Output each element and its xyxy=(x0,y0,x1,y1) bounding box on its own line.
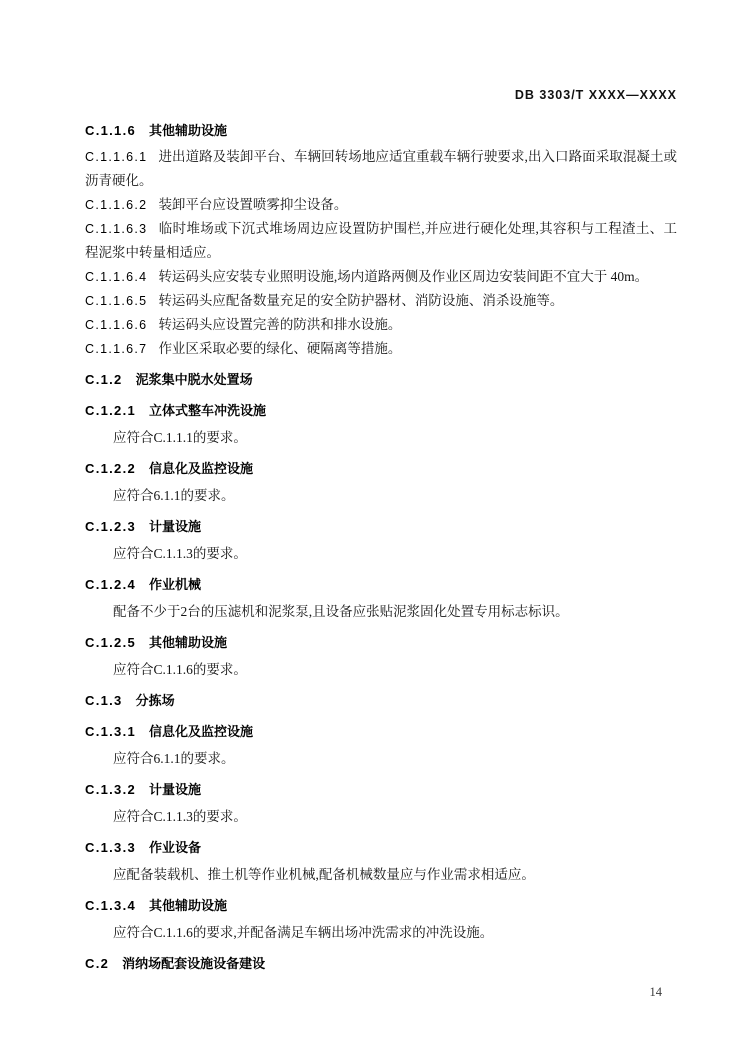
clause-body-text: 应符合6.1.1的要求。 xyxy=(113,751,235,766)
clause-paragraph: 应符合C.1.1.3的要求。 xyxy=(85,804,677,829)
clause-number: C.1.1.6.1 xyxy=(85,150,147,164)
clause-body-text: 应符合C.1.1.3的要求。 xyxy=(113,546,247,561)
clause-number: C.1.1.6.3 xyxy=(85,222,147,236)
clause-number: C.1.1.6.7 xyxy=(85,342,147,356)
clause-number: C.1.2.4 xyxy=(85,577,136,592)
clause-title: 作业设备 xyxy=(149,840,201,855)
clause-heading: C.1.3分拣场 xyxy=(85,688,677,713)
clause-body-text: 装卸平台应设置喷雾抑尘设备。 xyxy=(158,197,347,212)
clause-body-text: 进出道路及装卸平台、车辆回转场地应适宜重载车辆行驶要求,出入口路面采取混凝土或沥… xyxy=(85,149,677,188)
clause-title: 计量设施 xyxy=(149,519,201,534)
document-body: C.1.1.6其他辅助设施C.1.1.6.1进出道路及装卸平台、车辆回转场地应适… xyxy=(85,112,677,978)
clause-number: C.1.2.3 xyxy=(85,519,136,534)
clause-paragraph: 应符合C.1.1.6的要求,并配备满足车辆出场冲洗需求的冲洗设施。 xyxy=(85,920,677,945)
clause-paragraph: C.1.1.6.6转运码头应设置完善的防洪和排水设施。 xyxy=(85,313,677,337)
clause-heading: C.1.2.5其他辅助设施 xyxy=(85,630,677,655)
clause-number: C.1.3.3 xyxy=(85,840,136,855)
clause-number: C.2 xyxy=(85,956,109,971)
clause-title: 计量设施 xyxy=(149,782,201,797)
clause-number: C.1.3.4 xyxy=(85,898,136,913)
clause-title: 立体式整车冲洗设施 xyxy=(149,403,266,418)
clause-heading: C.1.2泥浆集中脱水处置场 xyxy=(85,367,677,392)
clause-number: C.1.3 xyxy=(85,693,123,708)
clause-paragraph: 应配备装载机、推土机等作业机械,配备机械数量应与作业需求相适应。 xyxy=(85,862,677,887)
clause-paragraph: C.1.1.6.4转运码头应安装专业照明设施,场内道路两侧及作业区周边安装间距不… xyxy=(85,265,677,289)
clause-title: 其他辅助设施 xyxy=(149,898,227,913)
clause-body-text: 转运码头应设置完善的防洪和排水设施。 xyxy=(158,317,401,332)
clause-body-text: 应符合C.1.1.3的要求。 xyxy=(113,809,247,824)
clause-paragraph: C.1.1.6.5转运码头应配备数量充足的安全防护器材、消防设施、消杀设施等。 xyxy=(85,289,677,313)
clause-body-text: 临时堆场或下沉式堆场周边应设置防护围栏,并应进行硬化处理,其容积与工程渣土、工程… xyxy=(85,221,677,260)
clause-heading: C.2消纳场配套设施设备建设 xyxy=(85,951,677,976)
clause-heading: C.1.2.2信息化及监控设施 xyxy=(85,456,677,481)
clause-paragraph: 应符合6.1.1的要求。 xyxy=(85,746,677,771)
clause-body-text: 应符合C.1.1.6的要求。 xyxy=(113,662,247,677)
document-page: DB 3303/T XXXX—XXXX C.1.1.6其他辅助设施C.1.1.6… xyxy=(0,0,744,1052)
clause-heading: C.1.1.6其他辅助设施 xyxy=(85,118,677,143)
clause-body-text: 转运码头应配备数量充足的安全防护器材、消防设施、消杀设施等。 xyxy=(158,293,563,308)
clause-number: C.1.2.5 xyxy=(85,635,136,650)
clause-paragraph: 应符合6.1.1的要求。 xyxy=(85,483,677,508)
clause-paragraph: 应符合C.1.1.3的要求。 xyxy=(85,541,677,566)
clause-body-text: 作业区采取必要的绿化、硬隔离等措施。 xyxy=(158,341,401,356)
clause-body-text: 应配备装载机、推土机等作业机械,配备机械数量应与作业需求相适应。 xyxy=(113,867,535,882)
clause-title: 信息化及监控设施 xyxy=(149,724,253,739)
page-number: 14 xyxy=(650,985,663,1000)
clause-title: 其他辅助设施 xyxy=(149,635,227,650)
clause-title: 信息化及监控设施 xyxy=(149,461,253,476)
clause-title: 其他辅助设施 xyxy=(149,123,227,138)
clause-number: C.1.3.2 xyxy=(85,782,136,797)
clause-paragraph: C.1.1.6.7作业区采取必要的绿化、硬隔离等措施。 xyxy=(85,337,677,361)
clause-number: C.1.2.1 xyxy=(85,403,136,418)
clause-title: 作业机械 xyxy=(149,577,201,592)
clause-heading: C.1.3.1信息化及监控设施 xyxy=(85,719,677,744)
clause-heading: C.1.2.4作业机械 xyxy=(85,572,677,597)
clause-paragraph: 配备不少于2台的压滤机和泥浆泵,且设备应张贴泥浆固化处置专用标志标识。 xyxy=(85,599,677,624)
clause-number: C.1.3.1 xyxy=(85,724,136,739)
clause-paragraph: C.1.1.6.2装卸平台应设置喷雾抑尘设备。 xyxy=(85,193,677,217)
clause-paragraph: C.1.1.6.3临时堆场或下沉式堆场周边应设置防护围栏,并应进行硬化处理,其容… xyxy=(85,217,677,265)
clause-paragraph: C.1.1.6.1进出道路及装卸平台、车辆回转场地应适宜重载车辆行驶要求,出入口… xyxy=(85,145,677,193)
clause-number: C.1.2 xyxy=(85,372,123,387)
clause-body-text: 应符合C.1.1.1的要求。 xyxy=(113,430,247,445)
clause-body-text: 配备不少于2台的压滤机和泥浆泵,且设备应张贴泥浆固化处置专用标志标识。 xyxy=(113,604,569,619)
clause-paragraph: 应符合C.1.1.6的要求。 xyxy=(85,657,677,682)
clause-number: C.1.1.6.5 xyxy=(85,294,147,308)
clause-number: C.1.1.6.2 xyxy=(85,198,147,212)
clause-paragraph: 应符合C.1.1.1的要求。 xyxy=(85,425,677,450)
clause-title: 泥浆集中脱水处置场 xyxy=(136,372,253,387)
clause-number: C.1.1.6.4 xyxy=(85,270,147,284)
clause-number: C.1.1.6.6 xyxy=(85,318,147,332)
clause-number: C.1.1.6 xyxy=(85,123,136,138)
clause-heading: C.1.3.3作业设备 xyxy=(85,835,677,860)
clause-heading: C.1.2.3计量设施 xyxy=(85,514,677,539)
clause-title: 消纳场配套设施设备建设 xyxy=(122,956,265,971)
clause-heading: C.1.2.1立体式整车冲洗设施 xyxy=(85,398,677,423)
standard-doc-code: DB 3303/T XXXX—XXXX xyxy=(515,88,677,102)
clause-body-text: 应符合C.1.1.6的要求,并配备满足车辆出场冲洗需求的冲洗设施。 xyxy=(113,925,493,940)
clause-number: C.1.2.2 xyxy=(85,461,136,476)
clause-heading: C.1.3.2计量设施 xyxy=(85,777,677,802)
clause-title: 分拣场 xyxy=(136,693,175,708)
clause-heading: C.1.3.4其他辅助设施 xyxy=(85,893,677,918)
clause-body-text: 转运码头应安装专业照明设施,场内道路两侧及作业区周边安装间距不宜大于 40m。 xyxy=(158,269,648,284)
clause-body-text: 应符合6.1.1的要求。 xyxy=(113,488,235,503)
